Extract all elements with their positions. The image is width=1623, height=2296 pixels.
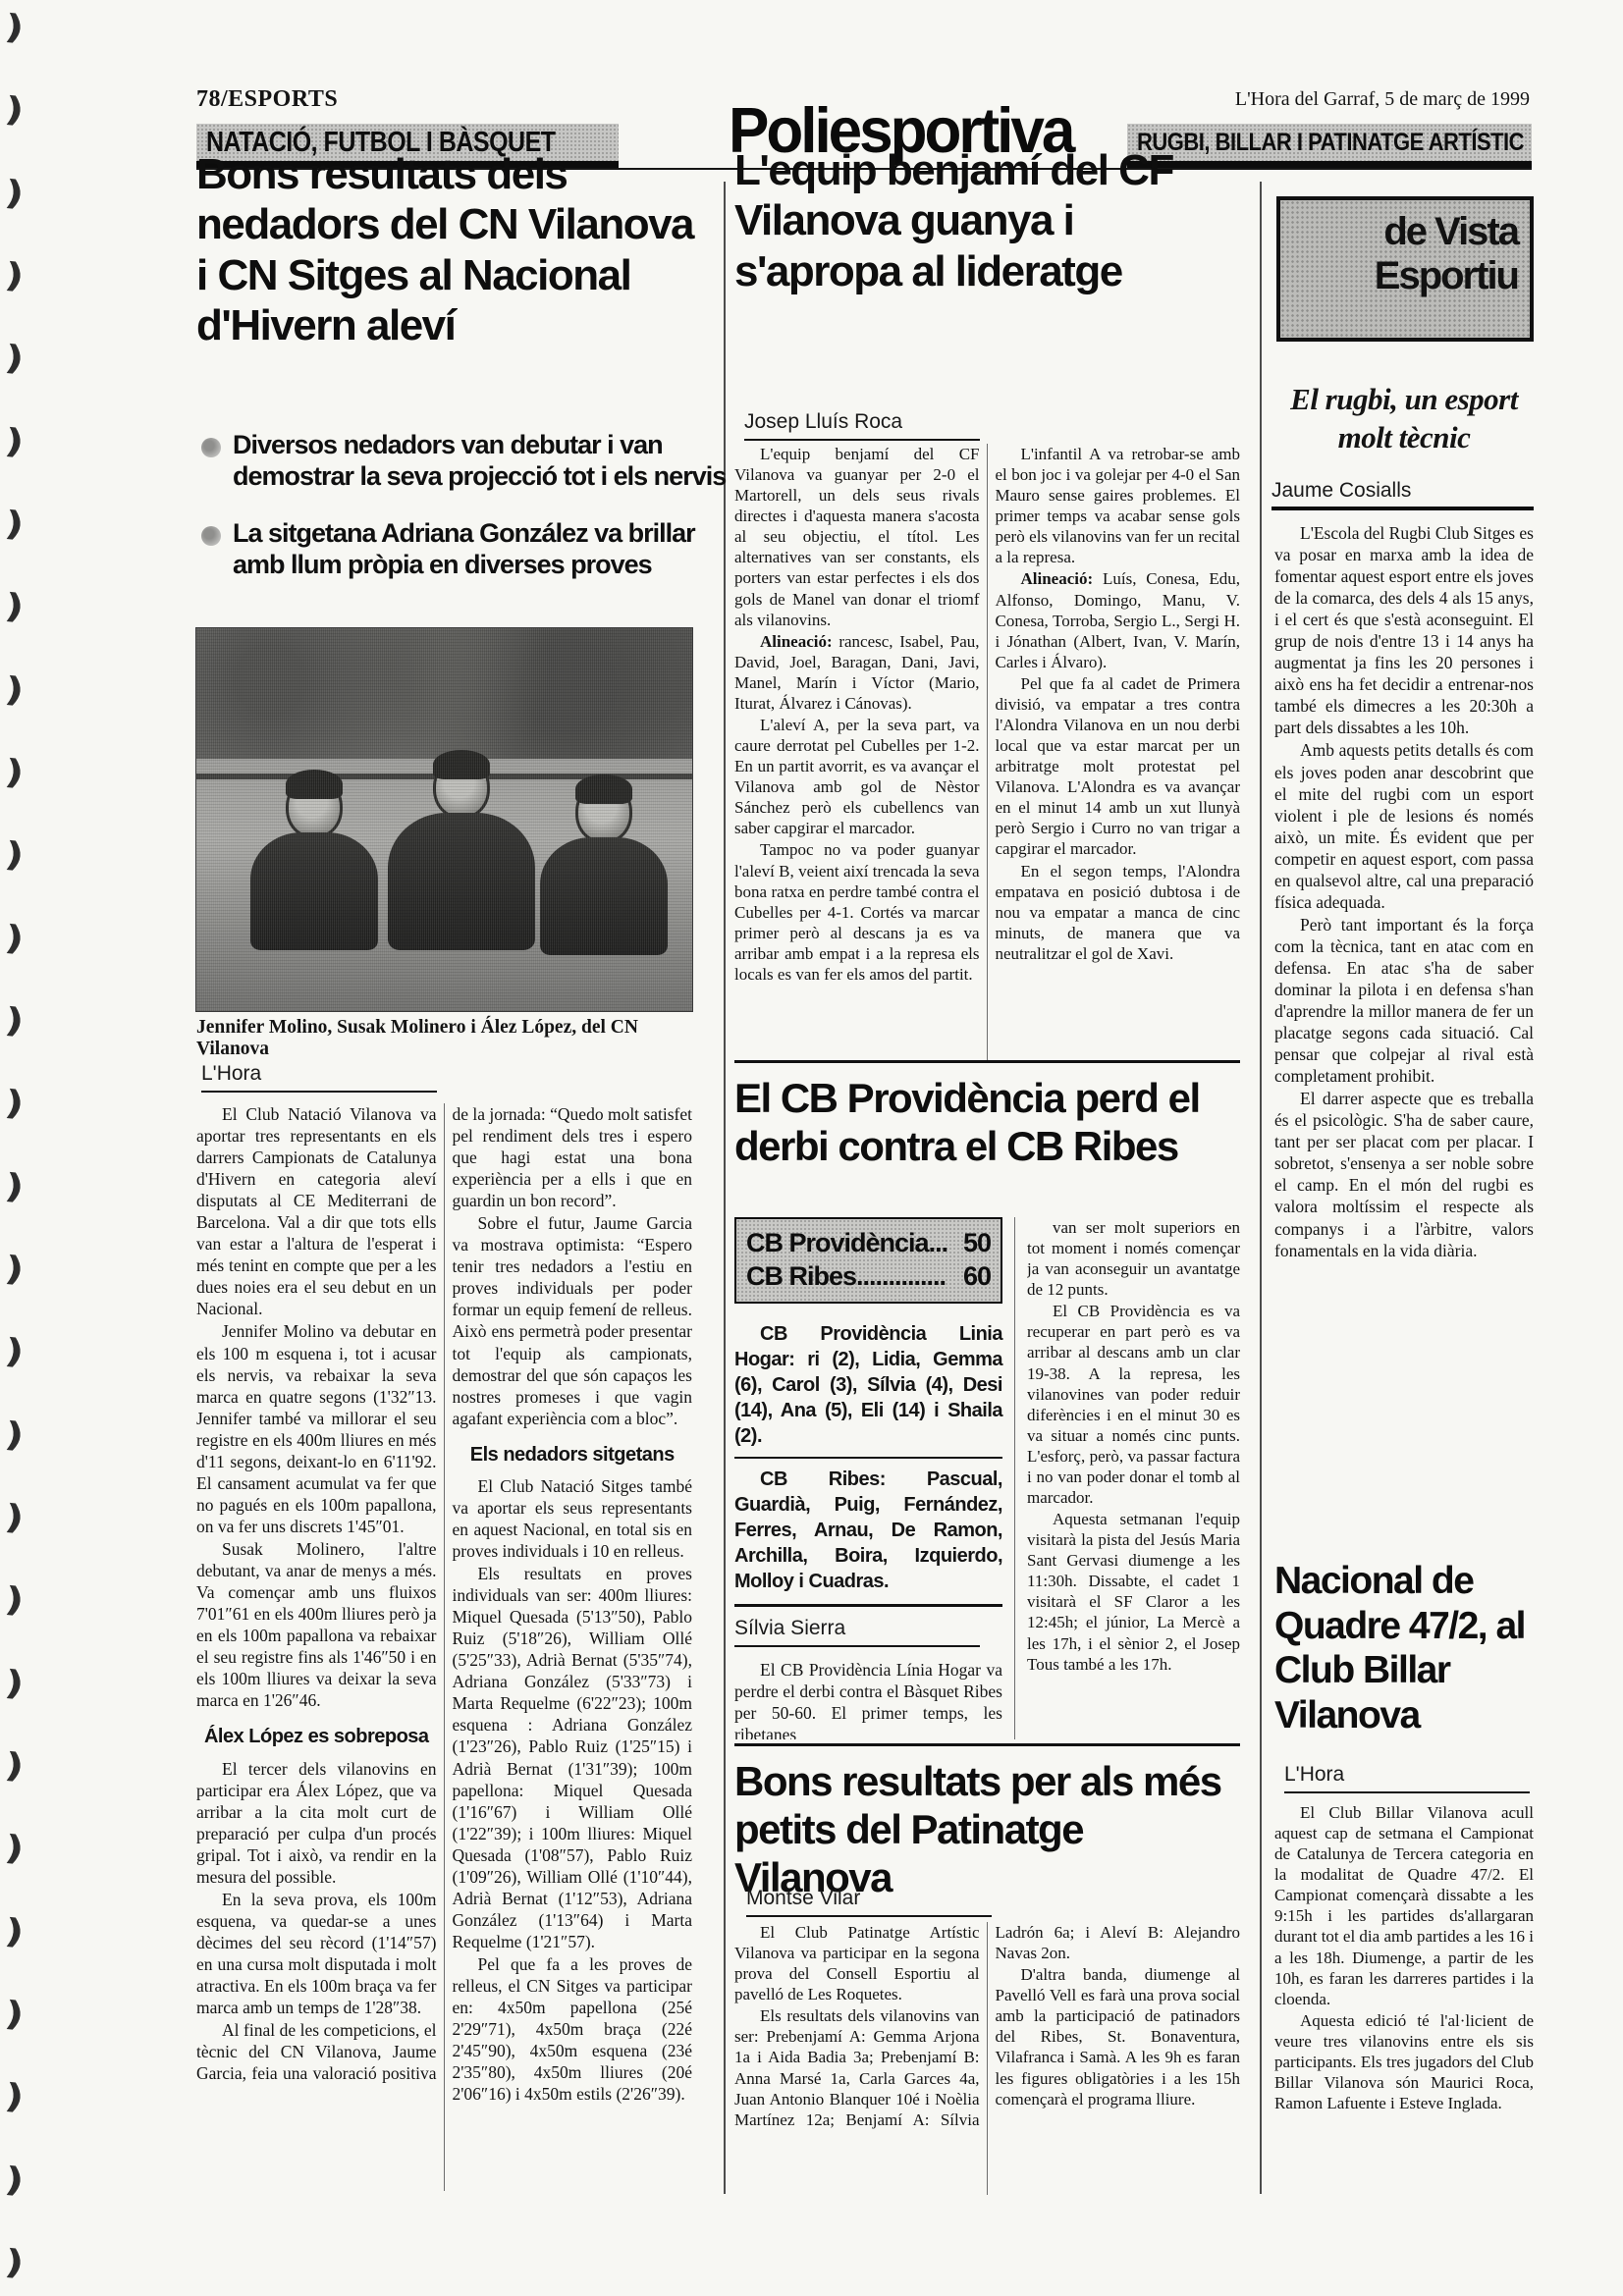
basketball-lineups-rule <box>734 1604 1002 1607</box>
body-paragraph: Tampoc no va poder guanyar l'aleví B, ve… <box>734 839 980 985</box>
lineup-team-lead: CB Providència Linia Hogar: <box>734 1323 1002 1370</box>
spiral-ring: ) <box>3 838 78 879</box>
body-paragraph: El tercer dels vilanovins en participar … <box>196 1758 437 1888</box>
billiards-byline-rule <box>1284 1791 1530 1793</box>
swimmers-photo <box>196 628 692 1011</box>
basketball-body-right: van ser molt superiors en tot moment i n… <box>1027 1217 1240 1676</box>
skating-byline: Montse Vilar <box>746 1887 992 1910</box>
paragraph-lead: Alineació: <box>1021 569 1103 588</box>
bullet-icon <box>201 438 221 457</box>
body-paragraph: van ser molt superiors en tot moment i n… <box>1027 1217 1240 1300</box>
standfirst-bullet: La sitgetana Adriana González va brillar… <box>201 518 751 581</box>
score-team: CB Ribes <box>746 1260 856 1294</box>
score-value: 60 <box>963 1260 991 1294</box>
score-row: CB Ribes ..............60 <box>746 1260 991 1294</box>
bullet-text: La sitgetana Adriana González va brillar… <box>233 518 751 581</box>
body-paragraph: Alineació: Luís, Conesa, Edu, Alfonso, D… <box>996 568 1241 671</box>
score-leader-dots: ... <box>929 1227 961 1260</box>
body-paragraph: L'Escola del Rugbi Club Sitges es va pos… <box>1274 522 1534 738</box>
football-headline: L'equip benjamí del CF Vilanova guanya i… <box>734 145 1240 296</box>
spiral-ring: ) <box>3 1169 78 1209</box>
body-paragraph: Pel que fa al cadet de Primera divisió, … <box>996 673 1241 860</box>
rugby-body: L'Escola del Rugbi Club Sitges es va pos… <box>1274 522 1534 1519</box>
rugby-headline: El rugbi, un esport molt tècnic <box>1272 381 1536 457</box>
swimming-byline-rule <box>201 1091 437 1093</box>
photo-grain <box>196 628 692 1011</box>
swimming-standfirst: Diversos nedadors van debutar i van demo… <box>201 430 751 606</box>
spiral-ring: ) <box>3 1087 78 1127</box>
body-paragraph: El CB Providència Línia Hogar va perdre … <box>734 1659 1002 1740</box>
billiards-body: El Club Billar Vilanova acull aquest cap… <box>1274 1802 1534 2195</box>
score-row: CB Providència ...50 <box>746 1227 991 1260</box>
standfirst-bullet: Diversos nedadors van debutar i van demo… <box>201 430 751 493</box>
photo-caption: Jennifer Molino, Susak Molinero i Ález L… <box>196 1017 692 1060</box>
body-paragraph: El Club Natació Sitges també va aportar … <box>453 1475 693 1562</box>
bullet-text: Diversos nedadors van debutar i van demo… <box>233 430 751 493</box>
spiral-ring: ) <box>3 424 78 464</box>
billiards-byline: L'Hora <box>1284 1763 1530 1787</box>
spiral-ring: ) <box>3 1914 78 1954</box>
section-label: 78/ESPORTS <box>196 86 338 113</box>
lineup-team-lead: CB Ribes: <box>760 1468 927 1490</box>
swimming-byline: L'Hora <box>201 1062 437 1086</box>
lineup-paragraph: CB Ribes: Pascual, Guardià, Puig, Fernán… <box>734 1457 1002 1602</box>
basketball-lineups: CB Providència Linia Hogar: ri (2), Lidi… <box>734 1313 1002 1602</box>
body-paragraph: Amb aquests petits detalls és com els jo… <box>1274 739 1534 912</box>
spiral-ring: ) <box>3 1583 78 1624</box>
body-paragraph: Sobre el futur, Jaume Garcia va mostrava… <box>453 1212 693 1428</box>
body-paragraph: El Club Natació Vilanova va aportar tres… <box>196 1103 437 1319</box>
spiral-ring: ) <box>3 672 78 713</box>
edition-dateline: L'Hora del Garraf, 5 de març de 1999 <box>1235 88 1530 111</box>
body-paragraph: Alineació: rancesc, Isabel, Pau, David, … <box>734 631 980 714</box>
body-paragraph: L'aleví A, per la seva part, va caure de… <box>734 715 980 838</box>
newspaper-page: )))))))))))))))))))))))))))) 78/ESPORTS … <box>0 0 1623 2296</box>
body-paragraph: Pel que fa a les proves de relleus, el C… <box>453 1953 693 2105</box>
spiral-ring: ) <box>3 921 78 961</box>
body-paragraph: El Club Billar Vilanova acull aquest cap… <box>1274 1802 1534 2009</box>
basketball-scorebox: CB Providència ...50CB Ribes ...........… <box>734 1217 1002 1304</box>
spiral-binding: )))))))))))))))))))))))))))) <box>0 0 69 2296</box>
football-byline: Josep Lluís Roca <box>744 410 980 434</box>
spiral-ring: ) <box>3 1997 78 2037</box>
body-paragraph: En la seva prova, els 100m esquena, va q… <box>196 1889 437 2018</box>
basketball-body-left: El CB Providència Línia Hogar va perdre … <box>734 1659 1002 1740</box>
football-body: L'equip benjamí del CF Vilanova va guany… <box>734 444 1240 1060</box>
spiral-ring: ) <box>3 1252 78 1292</box>
body-paragraph: L'infantil A va retrobar-se amb el bon j… <box>996 444 1241 567</box>
bullet-icon <box>201 526 221 546</box>
spiral-ring: ) <box>3 1335 78 1375</box>
body-subhead: Álex López es sobreposa <box>196 1725 437 1749</box>
spiral-ring: ) <box>3 258 78 298</box>
basketball-headline: El CB Providència perd el derbi contra e… <box>734 1074 1240 1170</box>
body-subhead: Els nedadors sitgetans <box>453 1443 693 1468</box>
spiral-ring: ) <box>3 590 78 630</box>
football-byline-rule <box>744 439 980 441</box>
body-paragraph: Però tant important és la força com la t… <box>1274 914 1534 1087</box>
score-value: 50 <box>963 1227 991 1260</box>
spiral-ring: ) <box>3 2245 78 2285</box>
basketball-byline: Sílvia Sierra <box>734 1617 980 1640</box>
spiral-ring: ) <box>3 1748 78 1789</box>
body-paragraph: Aquesta setmanan l'equip visitarà la pis… <box>1027 1509 1240 1675</box>
basketball-byline-rule <box>734 1645 980 1647</box>
spiral-ring: ) <box>3 176 78 216</box>
spiral-ring: ) <box>3 507 78 547</box>
paragraph-lead: Alineació: <box>760 632 839 651</box>
skating-top-rule <box>734 1743 1240 1746</box>
score-leader-dots: .............. <box>856 1260 961 1294</box>
skating-headline: Bons resultats per als més petits del Pa… <box>734 1757 1245 1901</box>
body-paragraph: L'equip benjamí del CF Vilanova va guany… <box>734 444 980 630</box>
basketball-right-column: van ser molt superiors en tot moment i n… <box>1014 1217 1240 1739</box>
body-paragraph: El Club Patinatge Artístic Vilanova va p… <box>734 1922 980 2004</box>
rugby-byline-rule <box>1271 507 1534 510</box>
body-paragraph: En el segon temps, l'Alondra empatava en… <box>996 861 1241 964</box>
basketball-top-rule <box>734 1060 1240 1063</box>
score-team: CB Providència <box>746 1227 929 1260</box>
lineup-paragraph: CB Providència Linia Hogar: ri (2), Lidi… <box>734 1313 1002 1457</box>
body-paragraph: D'altra banda, diumenge al Pavelló Vell … <box>996 1964 1241 2109</box>
spiral-ring: ) <box>3 1417 78 1458</box>
spiral-ring: ) <box>3 10 78 50</box>
body-paragraph: El CB Providència es va recuperar en par… <box>1027 1301 1240 1508</box>
skating-byline-rule <box>746 1915 992 1917</box>
body-paragraph: Susak Molinero, l'altre debutant, va ana… <box>196 1538 437 1711</box>
vista-circle-icon <box>1298 251 1341 294</box>
spiral-ring: ) <box>3 2080 78 2120</box>
body-paragraph: Jennifer Molino va debutar en els 100 m … <box>196 1320 437 1536</box>
swimming-headline: Bons resultats dels nedadors del CN Vila… <box>196 149 702 351</box>
vista-esportiu-box: de Vista Esportiu <box>1276 196 1534 342</box>
billiards-headline: Nacional de Quadre 47/2, al Club Billar … <box>1274 1559 1536 1738</box>
vista-box-title: de Vista Esportiu <box>1375 210 1518 298</box>
body-paragraph: El darrer aspecte que es treballa és el … <box>1274 1088 1534 1260</box>
spiral-ring: ) <box>3 2163 78 2203</box>
rugby-byline: Jaume Cosialls <box>1271 479 1534 503</box>
spiral-ring: ) <box>3 93 78 133</box>
swimming-body: El Club Natació Vilanova va aportar tres… <box>196 1103 692 2191</box>
spiral-ring: ) <box>3 1666 78 1706</box>
basketball-left-column: CB Providència ...50CB Ribes ...........… <box>734 1217 1014 1739</box>
spiral-ring: ) <box>3 1832 78 1872</box>
spiral-ring: ) <box>3 1500 78 1540</box>
spiral-ring: ) <box>3 755 78 795</box>
spiral-ring: ) <box>3 342 78 382</box>
body-paragraph: Aquesta edició té l'al·licient de veure … <box>1274 2010 1534 2113</box>
skating-body: El Club Patinatge Artístic Vilanova va p… <box>734 1922 1240 2195</box>
spiral-ring: ) <box>3 1003 78 1043</box>
body-paragraph: Els resultats en proves individuals van … <box>453 1563 693 1952</box>
column-divider-right <box>1260 182 1262 2194</box>
